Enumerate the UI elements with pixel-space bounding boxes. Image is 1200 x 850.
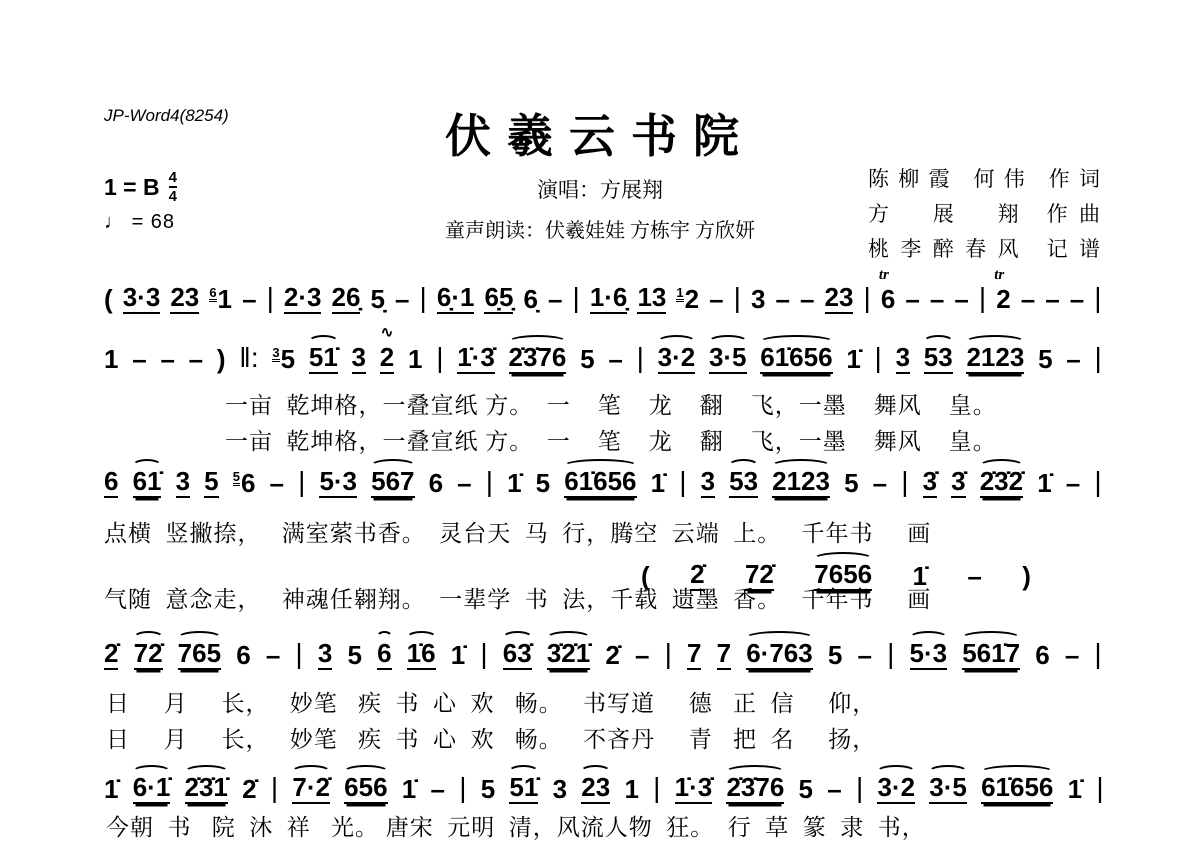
note-text: | — [1094, 468, 1101, 498]
barline: | — [863, 284, 872, 318]
note-text: | — [637, 344, 644, 374]
time-signature: 4 4 — [169, 170, 177, 205]
note-token: ) — [216, 346, 227, 378]
note-text: | — [295, 640, 302, 670]
note-token: 61 — [208, 286, 233, 318]
note-text: | — [665, 640, 672, 670]
note-token: 6̣5̣ — [483, 284, 514, 318]
note-text: 2·3 — [284, 284, 322, 314]
note-text: | — [864, 284, 871, 314]
note-text: 5 — [481, 776, 495, 804]
note-text: 6̣·1 — [437, 284, 475, 314]
music-line: (3·32361–|2·326̣5̣–|6̣·16̣5̣6̣–|1·6̣1312… — [103, 274, 1103, 318]
note-text: – — [548, 286, 562, 314]
note-token: 35 — [271, 346, 296, 378]
note-token: 5 — [827, 642, 843, 674]
note-text: 567 — [371, 468, 414, 498]
note-text: 7 — [687, 640, 701, 670]
note-token: – — [1065, 470, 1081, 502]
note-text: 3·3 — [123, 284, 161, 314]
note-token: tr6 — [880, 286, 896, 318]
note-text: 5 — [828, 642, 842, 670]
barline: | — [874, 344, 883, 378]
barline: | — [419, 284, 428, 318]
note-text: 1̇·3̇ — [457, 344, 495, 374]
note-token: 2̇ — [103, 640, 119, 674]
note-token: – — [1069, 286, 1085, 318]
note-token: 6 — [103, 468, 119, 502]
note-text: – — [800, 286, 814, 314]
note-token: – — [1044, 286, 1060, 318]
note-token: – — [131, 346, 147, 378]
note-token: 6 — [235, 642, 251, 674]
note-token: 3̇2̇1̇ — [546, 640, 591, 674]
note-token: 2123 — [965, 344, 1025, 378]
note-token: – — [872, 470, 888, 502]
note-token: 3 — [750, 286, 766, 318]
note-text: – — [1066, 346, 1080, 374]
barline: | — [458, 774, 467, 808]
note-text: 2̇ — [104, 640, 118, 670]
note-text: 3 — [896, 344, 910, 374]
note-token: – — [241, 286, 257, 318]
note-text: | — [679, 468, 686, 498]
note-text: – — [608, 346, 622, 374]
note-token: 1̇ — [450, 642, 466, 674]
note-text: 5·3 — [319, 468, 357, 498]
note-token: 1̇·3̇ — [456, 344, 496, 378]
note-token: 1 — [103, 346, 119, 378]
note-text: – — [827, 776, 841, 804]
note-text: – — [1070, 286, 1084, 314]
note-text: 3 — [352, 344, 366, 374]
note-text: 1̇ — [507, 470, 521, 498]
barline: | — [270, 774, 279, 808]
note-token: – — [799, 286, 815, 318]
music-line: 2̇72̇7656–|3561̇61̇|63̇3̇2̇1̇2̇–|776·763… — [103, 630, 1103, 674]
note-text: 2̇3̇2̇ — [980, 468, 1023, 498]
key-signature: 1 = B 4 4 — [104, 170, 177, 205]
note-token: 561̇7 — [961, 640, 1021, 674]
barline: | — [1093, 468, 1102, 502]
note-text: 3 — [701, 468, 715, 498]
note-text: 53 — [729, 468, 758, 498]
note-text: 53 — [924, 344, 953, 374]
note-text: 1 — [408, 346, 422, 374]
note-token: 53 — [923, 344, 954, 378]
note-token: 63̇ — [502, 640, 533, 674]
note-token: 5̣ — [370, 286, 386, 318]
note-text: | — [1096, 774, 1103, 804]
note-text: – — [635, 642, 649, 670]
note-text: 2 — [685, 286, 699, 314]
note-text: 3·5 — [929, 774, 967, 804]
note-text: 1̇ — [451, 642, 465, 670]
note-text: 1̇·3̇ — [675, 774, 713, 804]
barline: | — [733, 284, 742, 318]
note-token: 2̇3̇1̇ — [184, 774, 229, 808]
note-text: 1̇ — [846, 346, 860, 374]
note-text: | — [734, 284, 741, 314]
note-text: 5 — [347, 642, 361, 670]
note-token: – — [634, 642, 650, 674]
music-line: 1̇6·1̇2̇3̇1̇2̇|7·2̇6561̇–|551̇3231|1̇·3̇… — [103, 764, 1105, 808]
note-text: | — [887, 640, 894, 670]
note-text: 656 — [344, 774, 387, 804]
note-token: 5 — [798, 776, 814, 808]
note-text: 26̣ — [332, 284, 361, 314]
note-token: – — [856, 642, 872, 674]
note-token: – — [1020, 286, 1036, 318]
note-text: – — [1066, 470, 1080, 498]
note-token: 1̇6 — [406, 640, 437, 674]
note-text: 2̇ — [605, 642, 619, 670]
note-text: | — [1094, 284, 1101, 314]
note-token: – — [394, 286, 410, 318]
note-text: | — [420, 284, 427, 314]
barline: ‖: — [238, 344, 259, 378]
music-line: 661̇3556–|5·35676–|1̇561̇6561̇|35321235–… — [103, 458, 1103, 502]
barline: | — [266, 284, 275, 318]
note-token: 2·3 — [283, 284, 323, 318]
note-text: 6̣5̣ — [484, 284, 513, 314]
note-text: 6 — [236, 642, 250, 670]
note-text: 1·6̣ — [590, 284, 628, 314]
note-token: tr2 — [995, 286, 1011, 318]
note-text: 3·5 — [709, 344, 747, 374]
note-text: | — [875, 344, 882, 374]
music-line: 1–––)‖:3551̇3∿21|1̇·3̇2̇3̇765–|3·23·561̇… — [103, 334, 1103, 378]
note-text: 1̇ — [1037, 470, 1051, 498]
note-token: 5 — [480, 776, 496, 808]
note-text: 1̇6 — [407, 640, 436, 670]
note-token: 1̇ — [650, 470, 666, 502]
mordent-mark: ∿ — [381, 325, 394, 340]
note-text: 61̇656 — [981, 774, 1053, 804]
note-text: 1̇ — [1068, 776, 1082, 804]
note-token: 3·3 — [122, 284, 162, 318]
note-token: 2̇ — [604, 642, 620, 674]
note-token: 56 — [232, 470, 257, 502]
note-text: | — [298, 468, 305, 498]
note-text: – — [905, 286, 919, 314]
note-text: | — [486, 468, 493, 498]
note-text: 23 — [170, 284, 199, 314]
credit-line: 桃李醉春风 记谱 — [868, 232, 1100, 267]
credit-line: 方 展 翔 作曲 — [868, 197, 1100, 232]
note-text: 1̇ — [651, 470, 665, 498]
note-text: 3̇ — [951, 468, 965, 498]
note-text: – — [1021, 286, 1035, 314]
note-token: 1̇ — [103, 776, 119, 808]
note-token: – — [159, 346, 175, 378]
note-token: – — [826, 776, 842, 808]
note-text: 61̇656 — [564, 468, 636, 498]
note-text: – — [160, 346, 174, 374]
lyric-line: 日 月 长， 妙笔 疾 书 心 欢 畅。 书写道 德 正 信 仰， — [106, 690, 876, 718]
note-token: 7 — [716, 640, 732, 674]
note-text: 2 — [996, 286, 1010, 314]
note-token: 5 — [579, 346, 595, 378]
note-token: 6·1̇ — [132, 774, 172, 808]
note-text: 765 — [178, 640, 221, 670]
note-text: 6·763 — [746, 640, 813, 670]
grace-note: 5 — [233, 470, 240, 486]
note-token: 567 — [370, 468, 415, 502]
note-token: 53 — [728, 468, 759, 502]
note-text: 6 — [104, 468, 118, 498]
note-token: 1̇ — [401, 776, 417, 808]
note-token: 5·3 — [318, 468, 358, 502]
note-token: 23 — [169, 284, 200, 318]
barline: | — [636, 344, 645, 378]
note-token: 2̇3̇2̇ — [979, 468, 1024, 502]
note-token: ( — [103, 286, 114, 318]
note-token: – — [188, 346, 204, 378]
note-token: – — [1064, 642, 1080, 674]
song-title: 伏羲云书院 — [0, 100, 1200, 166]
note-text: 6 — [241, 470, 255, 498]
note-text: 6 — [377, 640, 391, 670]
note-text: 6·1̇ — [133, 774, 171, 804]
time-signature-numerator: 4 — [169, 170, 177, 186]
note-text: – — [709, 286, 723, 314]
note-token: 1̇ — [845, 346, 861, 378]
note-token: ∿2 — [379, 344, 395, 378]
note-text: – — [242, 286, 256, 314]
note-token: 7 — [686, 640, 702, 674]
note-text: – — [132, 346, 146, 374]
note-token: 3 — [552, 776, 568, 808]
note-text: 2̇3̇76 — [509, 344, 567, 374]
note-text: 61̇ — [133, 468, 162, 498]
trill-mark: tr — [879, 268, 889, 283]
grace-note: 6 — [209, 286, 216, 302]
note-token: – — [547, 286, 563, 318]
note-token: 6 — [428, 470, 444, 502]
note-text: | — [267, 284, 274, 314]
note-text: 61̇656 — [760, 344, 832, 374]
note-token: 61̇656 — [563, 468, 637, 502]
note-token: 1̇·3̇ — [674, 774, 714, 808]
note-text: 5 — [204, 468, 218, 498]
note-token: 61̇656 — [980, 774, 1054, 808]
note-text: 51̇ — [309, 344, 338, 374]
barline: | — [1093, 640, 1102, 674]
barline: | — [855, 774, 864, 808]
note-text: 6 — [881, 286, 895, 314]
note-token: 3 — [351, 344, 367, 378]
note-token: 765 — [177, 640, 222, 674]
lyric-line: 点横 竖撇捺， 满室萦书香。 灵台天 马 行，腾空 云端 上。 千年书 画 — [104, 520, 931, 548]
note-text: | — [979, 284, 986, 314]
note-text: | — [572, 284, 579, 314]
note-text: | — [1095, 344, 1102, 374]
note-token: 2̇3̇76 — [725, 774, 785, 808]
note-text: 3 — [318, 640, 332, 670]
note-text: 63̇ — [503, 640, 532, 670]
note-text: 3̇ — [923, 468, 937, 498]
note-text: 2̇ — [242, 776, 256, 804]
note-token: – — [1065, 346, 1081, 378]
note-text: | — [480, 640, 487, 670]
barline: | — [435, 344, 444, 378]
lyric-line: 气随 意念走， 神魂任翱翔。 一辈学 书 法，千载 遗墨 香。 千年书 画 — [104, 586, 931, 614]
note-text: 2 — [380, 344, 394, 374]
barline: | — [886, 640, 895, 674]
note-token: 3̇ — [922, 468, 938, 502]
note-token: 6 — [1034, 642, 1050, 674]
note-text: – — [857, 642, 871, 670]
note-text: | — [856, 774, 863, 804]
note-text: 7 — [717, 640, 731, 670]
note-text: – — [431, 776, 445, 804]
note-token: 7·2̇ — [291, 774, 331, 808]
note-token: 61̇ — [132, 468, 163, 502]
note-text: – — [395, 286, 409, 314]
note-token: 5 — [203, 468, 219, 502]
note-text: 1 — [104, 346, 118, 374]
trill-mark: tr — [994, 268, 1004, 283]
note-text: 1 — [218, 286, 232, 314]
note-text: | — [271, 774, 278, 804]
note-token: 3·5 — [708, 344, 748, 378]
note-token: 5 — [535, 470, 551, 502]
credit-line: 陈柳霞 何伟 作词 — [868, 162, 1100, 197]
note-token: 3 — [317, 640, 333, 674]
note-token: 6 — [376, 640, 392, 674]
note-text: 5 — [536, 470, 550, 498]
note-text: | — [1094, 640, 1101, 670]
note-text: 3 — [751, 286, 765, 314]
note-token: 6·763 — [745, 640, 814, 674]
note-token: 12 — [675, 286, 700, 318]
note-text: | — [653, 774, 660, 804]
note-text: 2123 — [772, 468, 830, 498]
note-text: – — [189, 346, 203, 374]
note-token: 2̇3̇76 — [508, 344, 568, 378]
note-token: 3̇ — [950, 468, 966, 502]
note-text: 1̇ — [104, 776, 118, 804]
note-text: – — [776, 286, 790, 314]
note-token: 51̇ — [508, 774, 539, 808]
note-token: – — [966, 563, 982, 595]
note-token: 5 — [1037, 346, 1053, 378]
barline: | — [1095, 774, 1104, 808]
note-text: – — [1045, 286, 1059, 314]
note-token: 3·2 — [657, 344, 697, 378]
note-text: 5 — [799, 776, 813, 804]
barline: | — [297, 468, 306, 502]
note-text: 2̇3̇1̇ — [185, 774, 228, 804]
lyric-line: 一亩 乾坤格，一叠宣纸 方。 一 笔 龙 翻 飞，一墨 舞风 皇。 — [225, 392, 997, 420]
note-text: – — [457, 470, 471, 498]
note-token: 1 — [407, 346, 423, 378]
note-text: 51̇ — [509, 774, 538, 804]
barline: | — [664, 640, 673, 674]
note-text: 5·3 — [910, 640, 948, 670]
note-token: 51̇ — [308, 344, 339, 378]
note-text: – — [266, 642, 280, 670]
note-text: 7·2̇ — [292, 774, 330, 804]
note-text: 3̇2̇1̇ — [547, 640, 590, 670]
note-text: | — [459, 774, 466, 804]
tempo-value: = 68 — [132, 211, 175, 233]
note-text: – — [954, 286, 968, 314]
note-text: 13 — [637, 284, 666, 314]
note-token: 23 — [824, 284, 855, 318]
note-text: 3 — [176, 468, 190, 498]
note-text: 3 — [553, 776, 567, 804]
note-token: 656 — [343, 774, 388, 808]
note-text: 5̣ — [371, 286, 385, 314]
barline: | — [479, 640, 488, 674]
note-text: 6̣ — [523, 286, 537, 314]
note-token: 1̇ — [1067, 776, 1083, 808]
note-text: – — [930, 286, 944, 314]
note-text: ( — [104, 286, 113, 314]
note-text: – — [967, 563, 981, 591]
credits-block: 陈柳霞 何伟 作词方 展 翔 作曲桃李醉春风 记谱 — [868, 162, 1100, 267]
note-text: 6 — [429, 470, 443, 498]
note-token: 3 — [700, 468, 716, 502]
key-label: 1 = B — [104, 174, 160, 201]
sheet-music-page: JP-Word4(8254) 伏羲云书院 演唱：方展翔 童声朗读：伏羲娃娃 方栋… — [0, 0, 1200, 850]
note-token: 13 — [636, 284, 667, 318]
note-token: – — [929, 286, 945, 318]
note-token: 1̇ — [506, 470, 522, 502]
barline: | — [978, 284, 987, 318]
note-token: 3·2 — [876, 774, 916, 808]
lyric-line: 一亩 乾坤格，一叠宣纸 方。 一 笔 龙 翻 飞，一墨 舞风 皇。 — [225, 428, 997, 456]
note-token: – — [430, 776, 446, 808]
note-token: – — [269, 470, 285, 502]
note-text: 3·2 — [877, 774, 915, 804]
tempo-marking: ♩ = 68 — [104, 211, 175, 234]
note-text: 72̇ — [134, 640, 163, 670]
note-token: 1 — [623, 776, 639, 808]
note-token: 6̣·1 — [436, 284, 476, 318]
note-token: – — [904, 286, 920, 318]
note-token: 5 — [346, 642, 362, 674]
note-token: ) — [1021, 563, 1032, 595]
barline: | — [294, 640, 303, 674]
note-token: 3·5 — [928, 774, 968, 808]
note-text: ‖: — [239, 344, 258, 374]
note-text: – — [1065, 642, 1079, 670]
note-token: – — [456, 470, 472, 502]
note-token: 5 — [843, 470, 859, 502]
note-text: ) — [1022, 563, 1031, 591]
note-text: 2123 — [966, 344, 1024, 374]
quarter-note-icon: ♩ — [104, 211, 125, 233]
note-text: | — [436, 344, 443, 374]
barline: | — [571, 284, 580, 318]
note-token: – — [953, 286, 969, 318]
note-text: 5 — [844, 470, 858, 498]
note-token: 26̣ — [331, 284, 362, 318]
note-token: 61̇656 — [759, 344, 833, 378]
note-text: 5 — [281, 346, 295, 374]
barline: | — [485, 468, 494, 502]
grace-note: 1 — [676, 286, 683, 302]
note-text: 1 — [624, 776, 638, 804]
note-token: – — [265, 642, 281, 674]
note-text: 561̇7 — [962, 640, 1020, 670]
note-token: 23 — [580, 774, 611, 808]
barline: | — [900, 468, 909, 502]
barline: | — [1093, 284, 1102, 318]
